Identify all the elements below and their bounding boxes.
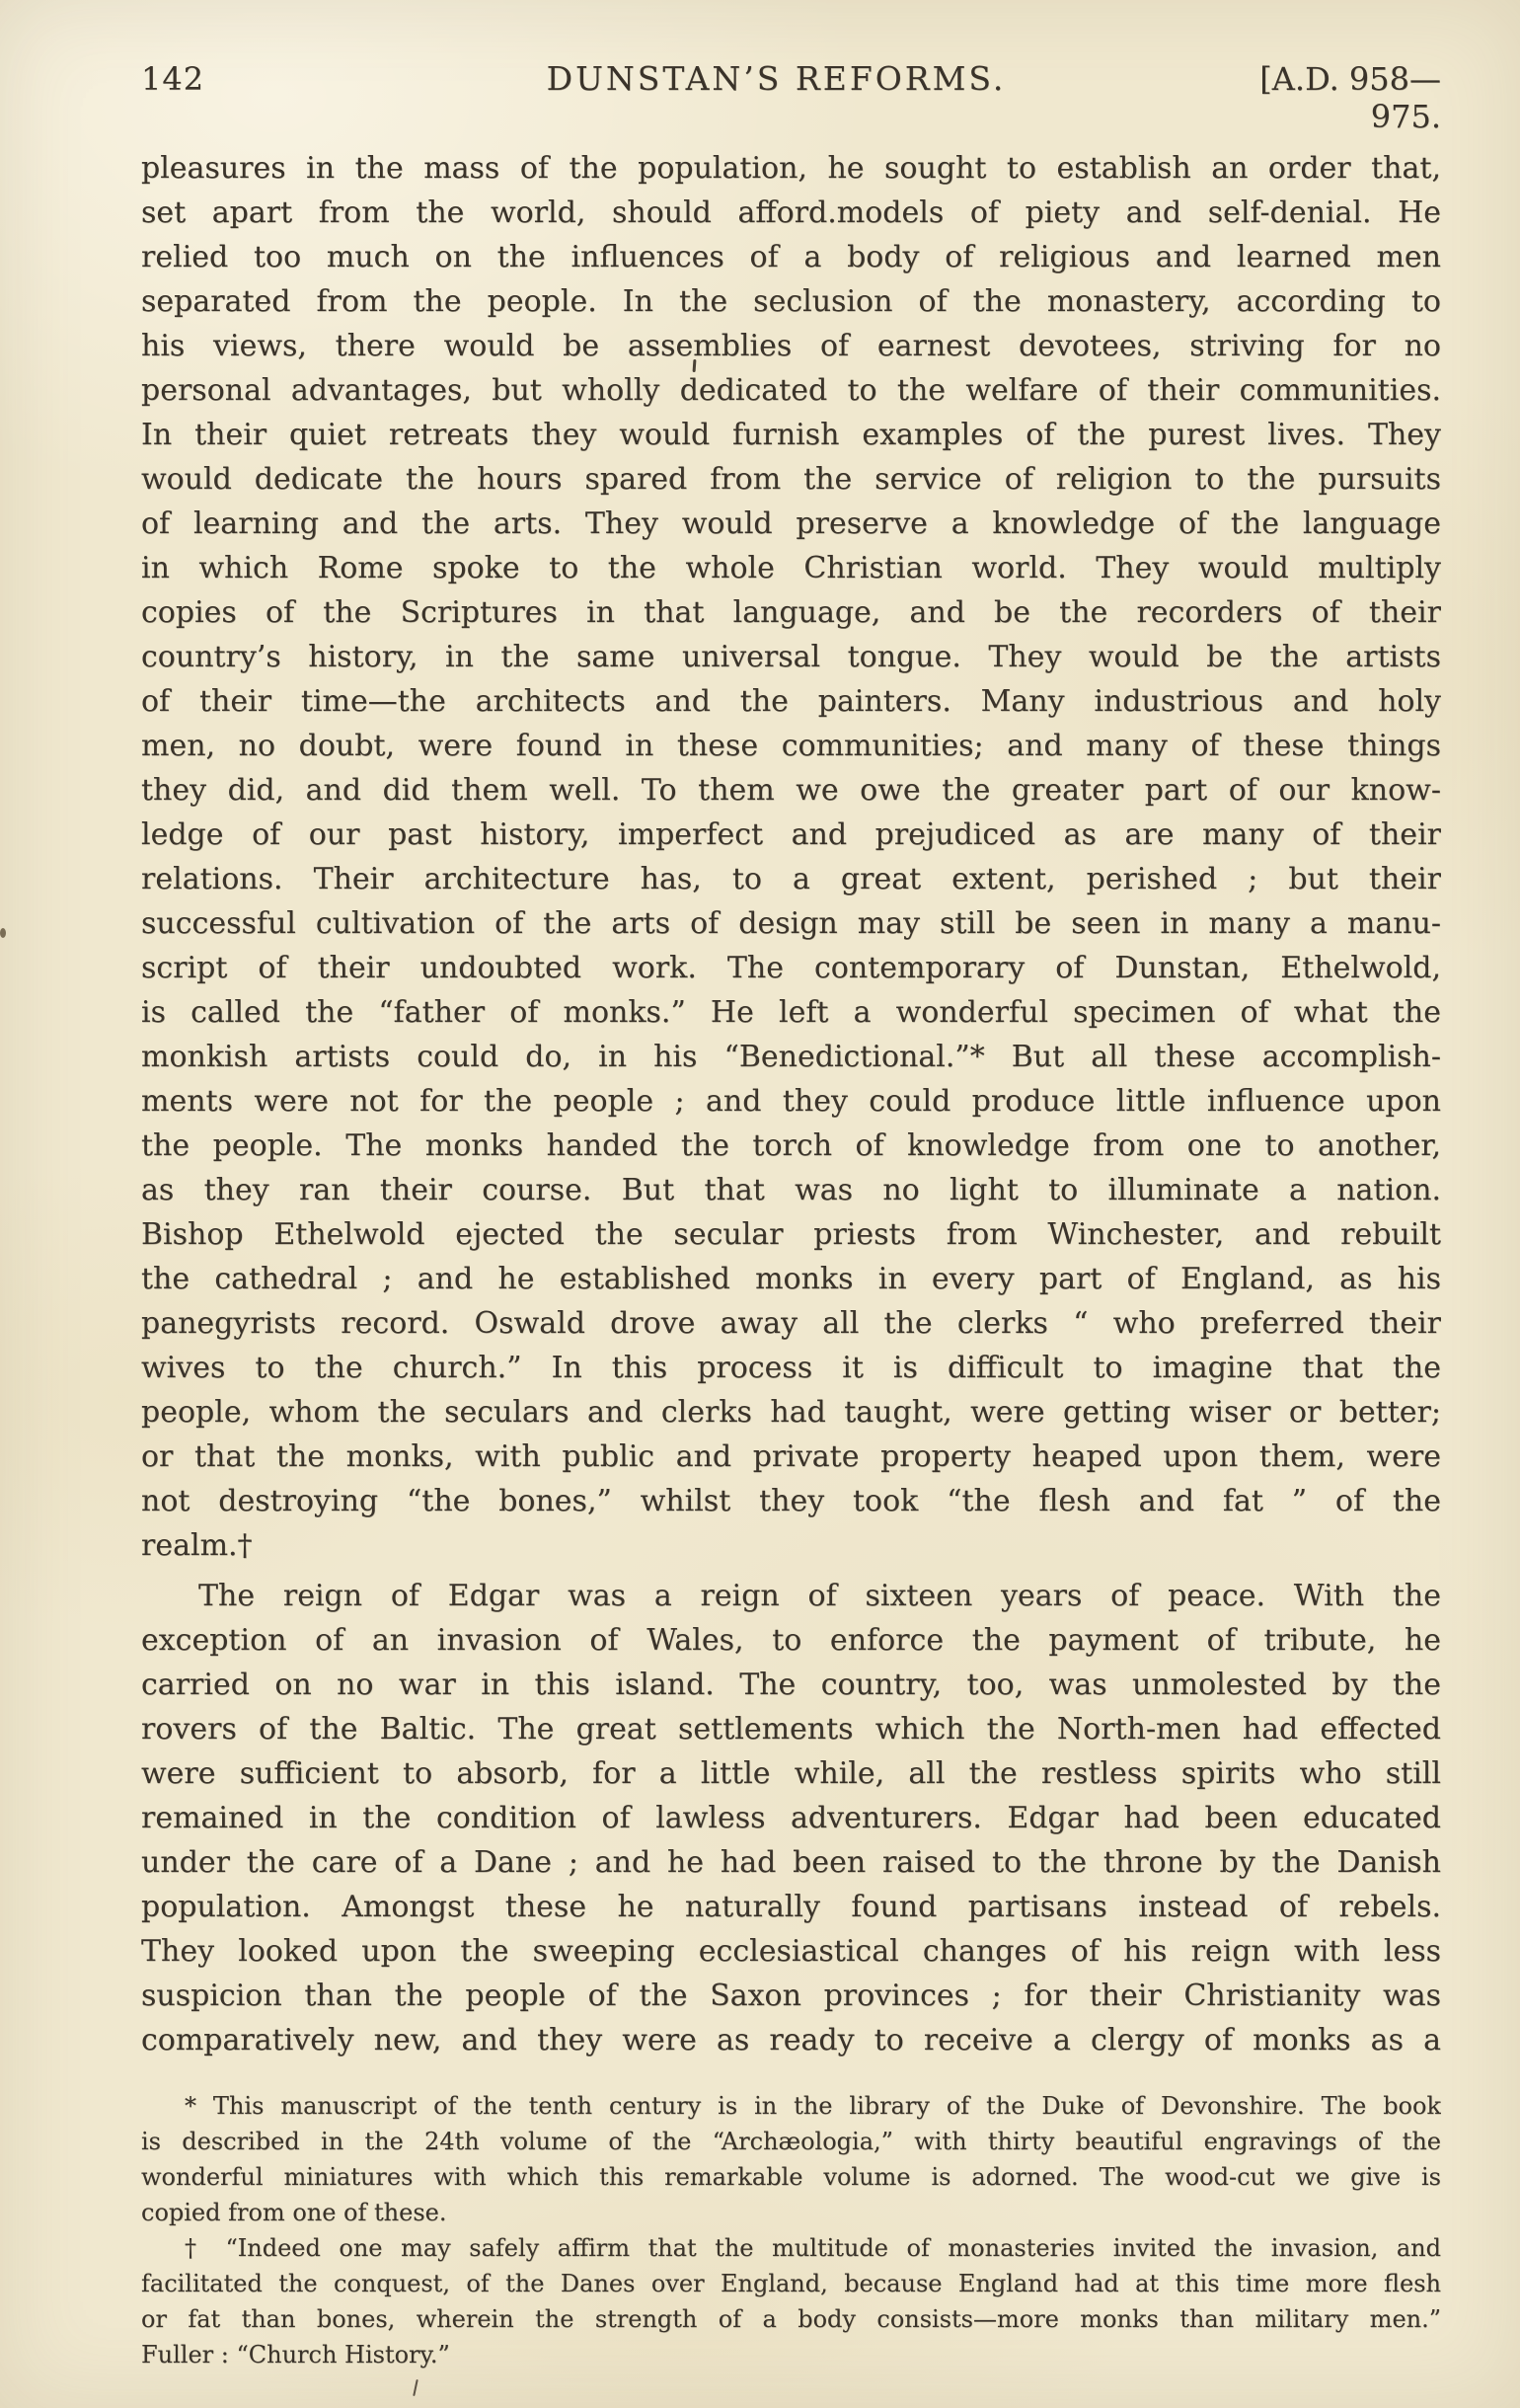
text-line: of their time—the architects and the pai… bbox=[141, 679, 1441, 724]
footnote-line: Fuller : “Church History.” bbox=[141, 2337, 1441, 2372]
footnote-line: facilitated the conquest, of the Danes o… bbox=[141, 2266, 1441, 2301]
text-line: or that the monks, with public and priva… bbox=[141, 1435, 1441, 1479]
text-line: set apart from the world, should afford.… bbox=[141, 191, 1441, 235]
text-line: They looked upon the sweeping ecclesiast… bbox=[141, 1929, 1441, 1974]
text-line: they did, and did them well. To them we … bbox=[141, 768, 1441, 813]
text-line: In their quiet retreats they would furni… bbox=[141, 413, 1441, 457]
date-range: [A.D. 958—975. bbox=[1234, 60, 1441, 135]
text-line: his views, there would be assemblies of … bbox=[141, 324, 1441, 368]
text-line: pleasures in the mass of the population,… bbox=[141, 146, 1441, 191]
text-line: population. Amongst these he naturally f… bbox=[141, 1885, 1441, 1929]
footnote-line: copied from one of these. bbox=[141, 2195, 1441, 2230]
page-header: 142 DUNSTAN’S REFORMS. [A.D. 958—975. bbox=[141, 59, 1441, 99]
running-title: DUNSTAN’S REFORMS. bbox=[319, 59, 1234, 98]
scan-speck-icon bbox=[413, 2379, 418, 2396]
book-page: 142 DUNSTAN’S REFORMS. [A.D. 958—975. pl… bbox=[0, 0, 1520, 2408]
footnotes: * This manuscript of the tenth century i… bbox=[141, 2088, 1441, 2372]
text-line: men, no doubt, were found in these commu… bbox=[141, 724, 1441, 768]
text-line: script of their undoubted work. The cont… bbox=[141, 946, 1441, 990]
text-line: the people. The monks handed the torch o… bbox=[141, 1124, 1441, 1168]
text-line: not destroying “the bones,” whilst they … bbox=[141, 1479, 1441, 1523]
text-line: of learning and the arts. They would pre… bbox=[141, 502, 1441, 546]
text-line: as they ran their course. But that was n… bbox=[141, 1168, 1441, 1212]
text-line: wives to the church.” In this process it… bbox=[141, 1346, 1441, 1390]
footnote-line: is described in the 24th volume of the “… bbox=[141, 2124, 1441, 2159]
text-line: ments were not for the people ; and they… bbox=[141, 1079, 1441, 1124]
text-line: ledge of our past history, imperfect and… bbox=[141, 813, 1441, 857]
text-line: in which Rome spoke to the whole Christi… bbox=[141, 546, 1441, 590]
text-line: relations. Their architecture has, to a … bbox=[141, 857, 1441, 901]
text-line: copies of the Scriptures in that languag… bbox=[141, 590, 1441, 635]
text-line: suspicion than the people of the Saxon p… bbox=[141, 1974, 1441, 2018]
text-line: is called the “father of monks.” He left… bbox=[141, 990, 1441, 1035]
text-line: separated from the people. In the seclus… bbox=[141, 279, 1441, 324]
text-line: the cathedral ; and he established monks… bbox=[141, 1257, 1441, 1301]
text-line: would dedicate the hours spared from the… bbox=[141, 457, 1441, 502]
text-line: exception of an invasion of Wales, to en… bbox=[141, 1618, 1441, 1663]
footnote-line: * This manuscript of the tenth century i… bbox=[141, 2088, 1441, 2124]
footnote-line: or fat than bones, wherein the strength … bbox=[141, 2301, 1441, 2337]
text-line: rovers of the Baltic. The great settleme… bbox=[141, 1707, 1441, 1751]
footnote: * This manuscript of the tenth century i… bbox=[141, 2088, 1441, 2230]
text-line: remained in the condition of lawless adv… bbox=[141, 1796, 1441, 1840]
text-line: Bishop Ethelwold ejected the secular pri… bbox=[141, 1212, 1441, 1257]
scan-speck-icon bbox=[0, 928, 6, 938]
page-number: 142 bbox=[141, 60, 319, 98]
footnote-line: † “Indeed one may safely affirm that the… bbox=[141, 2230, 1441, 2266]
text-line: under the care of a Dane ; and he had be… bbox=[141, 1840, 1441, 1885]
text-line: personal advantages, but wholly dedicate… bbox=[141, 368, 1441, 413]
footnote-line: wonderful miniatures with which this rem… bbox=[141, 2159, 1441, 2195]
text-line: people, whom the seculars and clerks had… bbox=[141, 1390, 1441, 1435]
paragraph: pleasures in the mass of the population,… bbox=[141, 146, 1441, 1568]
text-line: successful cultivation of the arts of de… bbox=[141, 901, 1441, 946]
text-line: realm.† bbox=[141, 1523, 1441, 1568]
text-line: monkish artists could do, in his “Benedi… bbox=[141, 1035, 1441, 1079]
text-line: panegyrists record. Oswald drove away al… bbox=[141, 1301, 1441, 1346]
text-line: were sufficient to absorb, for a little … bbox=[141, 1751, 1441, 1796]
text-line: carried on no war in this island. The co… bbox=[141, 1663, 1441, 1707]
paragraph: The reign of Edgar was a reign of sixtee… bbox=[141, 1574, 1441, 2062]
text-line: country’s history, in the same universal… bbox=[141, 635, 1441, 679]
text-line: The reign of Edgar was a reign of sixtee… bbox=[141, 1574, 1441, 1618]
body-text: pleasures in the mass of the population,… bbox=[141, 146, 1441, 2062]
text-line: comparatively new, and they were as read… bbox=[141, 2018, 1441, 2062]
text-line: relied too much on the influences of a b… bbox=[141, 235, 1441, 279]
footnote: † “Indeed one may safely affirm that the… bbox=[141, 2230, 1441, 2372]
